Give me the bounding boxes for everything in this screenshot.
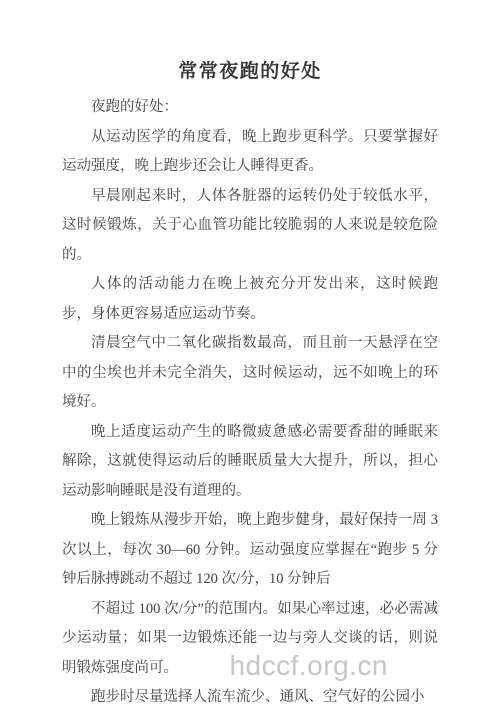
paragraph: 夜跑的好处：: [62, 93, 438, 123]
paragraph: 晚上适度运动产生的略微疲惫感必需要香甜的睡眠来解除，这就使得运动后的睡眠质量大大…: [62, 418, 438, 507]
paragraph: 晚上锻炼从漫步开始，晚上跑步健身，最好保持一周 3 次以上，每次 30—60 分…: [62, 506, 438, 595]
page-title: 常常夜跑的好处: [0, 0, 500, 82]
paragraph: 从运动医学的角度看，晚上跑步更科学。只要掌握好运动强度，晚上跑步还会让人睡得更香…: [62, 123, 438, 182]
document-page: 常常夜跑的好处 夜跑的好处：从运动医学的角度看，晚上跑步更科学。只要掌握好运动强…: [0, 0, 500, 707]
paragraph: 清晨空气中二氧化碳指数最高，而且前一天悬浮在空中的尘埃也并未完全消失，这时候运动…: [62, 329, 438, 418]
watermark-text: hdccf.org.cn: [229, 650, 388, 682]
document-body: 夜跑的好处：从运动医学的角度看，晚上跑步更科学。只要掌握好运动强度，晚上跑步还会…: [62, 93, 438, 707]
paragraph: 早晨刚起来时，人体各脏器的运转仍处于较低水平，这时候锻炼，关于心血管功能比较脆弱…: [62, 182, 438, 271]
paragraph: 人体的活动能力在晚上被充分开发出来，这时候跑步，身体更容易适应运动节奏。: [62, 270, 438, 329]
paragraph: 跑步时尽量选择人流车流少、通风、空气好的公园小: [62, 683, 438, 707]
